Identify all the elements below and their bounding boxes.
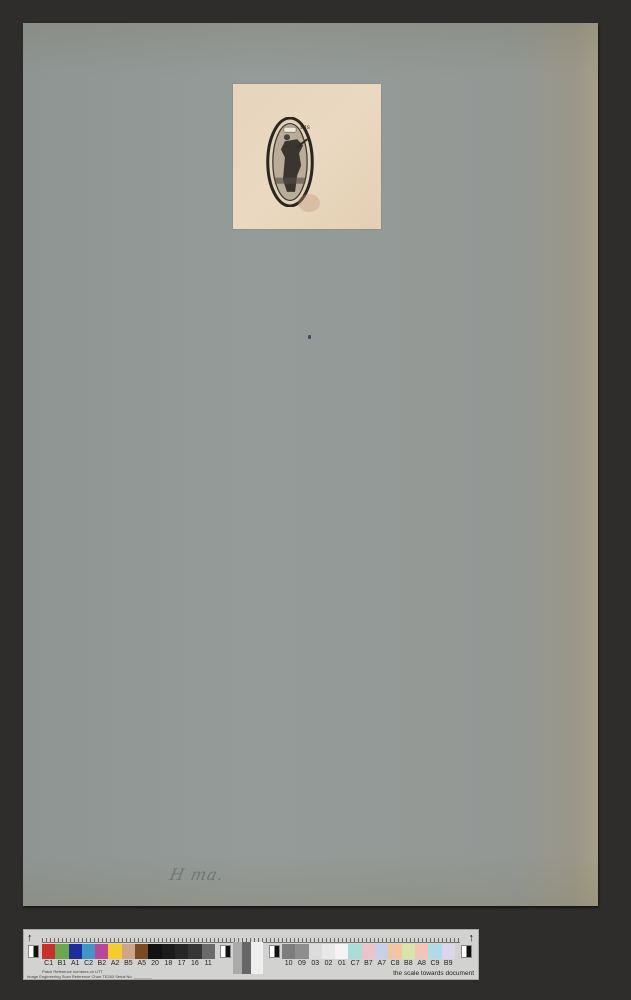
- patch-label: C9: [428, 960, 441, 967]
- patch-label: 18: [162, 960, 175, 967]
- color-patch: [122, 944, 135, 959]
- color-patch: [282, 944, 295, 959]
- patch-label: 20: [148, 960, 161, 967]
- chart-footer-note: Image Engineering Scan Reference Chart T…: [27, 974, 152, 979]
- color-patch: [162, 944, 175, 959]
- up-arrow-icon: ↑: [27, 932, 33, 944]
- color-patch: [175, 944, 188, 959]
- color-patch: [202, 944, 215, 959]
- color-patch: [295, 944, 308, 959]
- color-patch: [82, 944, 95, 959]
- patch-label: B5: [122, 960, 135, 967]
- patch-label: A1: [69, 960, 82, 967]
- color-patch: [375, 944, 388, 959]
- paper-speck: [308, 335, 311, 339]
- checker-patch-center: [220, 945, 231, 958]
- patch-label: B8: [402, 960, 415, 967]
- medallion-engraving-icon: [266, 117, 314, 207]
- color-patch: [442, 944, 455, 959]
- handwritten-note: H ma.: [168, 865, 226, 884]
- color-patch: [322, 944, 335, 959]
- checker-patch-right: [461, 945, 472, 958]
- checker-patch-center-right: [269, 945, 280, 958]
- patch-label: 17: [175, 960, 188, 967]
- color-patch: [55, 944, 68, 959]
- patch-label: C1: [42, 960, 55, 967]
- patch-label: A2: [108, 960, 121, 967]
- scale-caption: the scale towards document: [393, 970, 474, 977]
- color-patch: [402, 944, 415, 959]
- patch-label: B2: [95, 960, 108, 967]
- up-arrow-icon-right: ↑: [469, 932, 475, 944]
- color-patch: [42, 944, 55, 959]
- gray-reference-strip: [233, 942, 263, 974]
- foxing-stain: [298, 194, 320, 212]
- patch-label: B7: [362, 960, 375, 967]
- patch-label: 03: [309, 960, 322, 967]
- color-patch: [335, 944, 348, 959]
- color-calibration-target: ↑ ↑ C1B1A1C2B2A2B5A52018171611 Patch Ref…: [23, 929, 479, 980]
- right-color-patches: [282, 944, 455, 959]
- left-patch-labels: C1B1A1C2B2A2B5A52018171611: [42, 960, 215, 967]
- patch-label: B9: [442, 960, 455, 967]
- color-patch: [148, 944, 161, 959]
- color-patch: [348, 944, 361, 959]
- engraved-print: IHS: [233, 84, 381, 229]
- color-patch: [69, 944, 82, 959]
- patch-label: 01: [335, 960, 348, 967]
- mount-sheet: IHS H ma.: [23, 23, 598, 906]
- patch-label: A5: [135, 960, 148, 967]
- patch-label: 10: [282, 960, 295, 967]
- patch-label: 16: [188, 960, 201, 967]
- left-color-patches: [42, 944, 215, 959]
- color-patch: [362, 944, 375, 959]
- color-patch: [188, 944, 201, 959]
- medallion-inscription: IHS: [283, 125, 327, 131]
- color-patch: [135, 944, 148, 959]
- right-patch-labels: 1009030201C7B7A7C8B8A8C9B9: [282, 960, 455, 967]
- patch-label: 11: [202, 960, 215, 967]
- color-patch: [428, 944, 441, 959]
- patch-label: B1: [55, 960, 68, 967]
- color-patch: [95, 944, 108, 959]
- patch-label: A7: [375, 960, 388, 967]
- patch-label: C7: [348, 960, 361, 967]
- patch-label: C2: [82, 960, 95, 967]
- checker-patch-left: [28, 945, 39, 958]
- color-patch: [388, 944, 401, 959]
- color-patch: [415, 944, 428, 959]
- color-patch: [108, 944, 121, 959]
- color-patch: [309, 944, 322, 959]
- patch-label: A8: [415, 960, 428, 967]
- patch-label: 09: [295, 960, 308, 967]
- patch-label: 02: [322, 960, 335, 967]
- patch-label: C8: [388, 960, 401, 967]
